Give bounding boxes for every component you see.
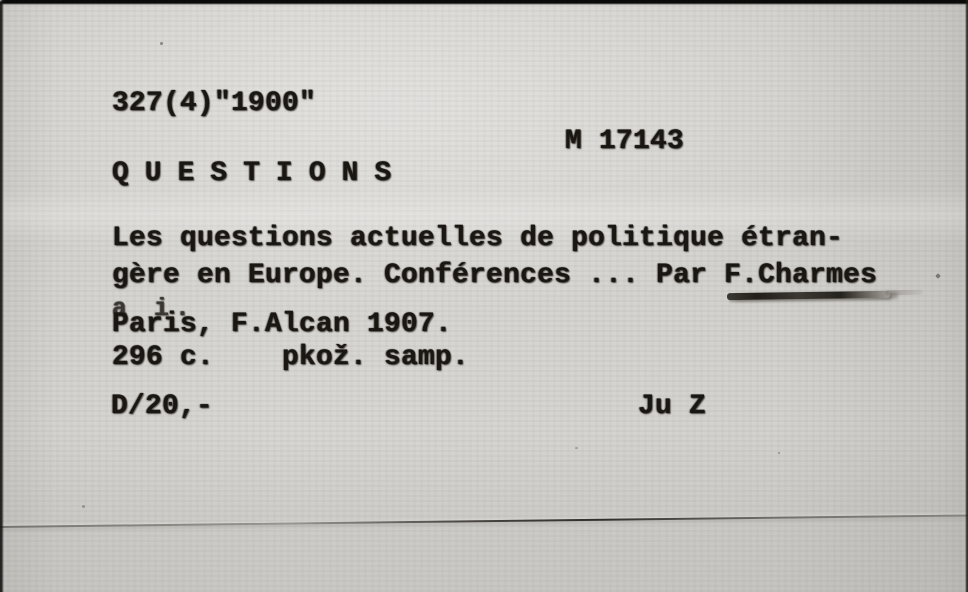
paper-speck: [935, 273, 941, 279]
imprint-line: Paris, F.Alcan 1907.: [112, 311, 452, 339]
paper-speck: [160, 42, 163, 45]
cataloguer-initials: Ju Z: [638, 393, 706, 421]
photo-edge-left: [0, 0, 4, 592]
price-note: D/20,-: [111, 393, 213, 421]
subject-heading: Q U E S T I O N S: [112, 160, 391, 188]
title-line-1: Les questions actuelles de politique étr…: [112, 225, 843, 253]
paper-speck: [82, 505, 85, 508]
author-underline-mark: [727, 291, 890, 300]
paper-speck: [778, 452, 780, 454]
card-bottom-edge: [0, 514, 968, 528]
accession-number: M 17143: [565, 128, 684, 156]
scan-bottom-shading: [0, 430, 968, 592]
title-line-2-text: gère en Europe. Conférences ... Par F.: [112, 260, 758, 291]
catalog-card-scan: 327(4)"1900" M 17143 Q U E S T I O N S L…: [0, 0, 968, 592]
author-name: Charmes: [758, 260, 877, 291]
collation-line: 296 c. pkož. samp.: [112, 344, 469, 372]
title-line-2: gère en Europe. Conférences ... Par F.Ch…: [112, 262, 877, 290]
photo-edge-top: [0, 0, 968, 5]
call-number: 327(4)"1900": [112, 90, 316, 118]
paper-speck: [575, 447, 578, 449]
author-underline-smear: [885, 290, 923, 296]
